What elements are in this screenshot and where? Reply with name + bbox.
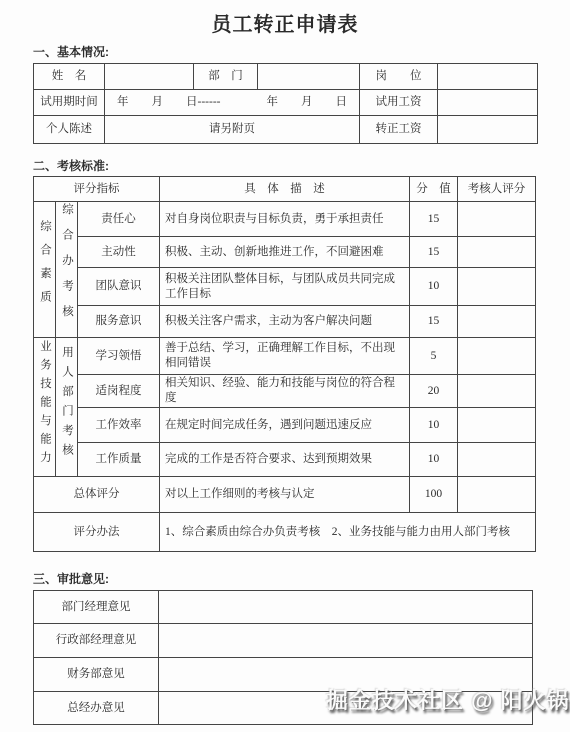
indicator-description: 积极关注客户需求，主动为客户解决问题: [160, 306, 410, 338]
indicator-label: 服务意识: [78, 306, 160, 338]
indicator-label: 适岗程度: [78, 375, 160, 408]
name-label: 姓 名: [34, 64, 105, 90]
header-indicator: 评分指标: [34, 177, 160, 202]
total-score-value: 100: [410, 477, 458, 513]
trial-salary-value-cell[interactable]: [438, 90, 538, 116]
table-row: 主动性 积极、主动、创新地推进工作，不回避困难 15: [34, 237, 536, 268]
basic-info-table: 姓 名 部 门 岗 位 试用期时间 年 月 日------ 年 月 日 试用工资…: [33, 63, 538, 144]
indicator-label: 责任心: [78, 202, 160, 237]
total-score-description: 对以上工作细则的考核与认定: [160, 477, 410, 513]
indicator-description: 对自身岗位职责与目标负责，勇于承担责任: [160, 202, 410, 237]
indicator-description: 善于总结、学习，正确理解工作目标，不出现相同错误: [160, 338, 410, 375]
name-value-cell[interactable]: [105, 64, 194, 90]
header-examiner-score: 考核人评分: [458, 177, 536, 202]
examiner-score-cell[interactable]: [458, 408, 536, 443]
table-row: 适岗程度 相关知识、经验、能力和技能与岗位的符合程度 20: [34, 375, 536, 408]
category-vertical-text: 综合素质: [37, 220, 52, 314]
indicator-description: 积极、主动、创新地推进工作，不回避困难: [160, 237, 410, 268]
trial-salary-label: 试用工资: [360, 90, 438, 116]
dept-manager-opinion-cell[interactable]: [159, 591, 533, 624]
examiner-score-cell[interactable]: [458, 443, 536, 477]
score-value: 5: [410, 338, 458, 375]
assessor-cell-admin-office: 综合办考核: [56, 202, 78, 338]
admin-dept-manager-opinion-label: 行政部经理意见: [34, 624, 159, 658]
score-value: 10: [410, 408, 458, 443]
scoring-method-description: 1、综合素质由综合办负责考核 2、业务技能与能力由用人部门考核: [160, 513, 536, 552]
indicator-description: 积极关注团队整体目标，与团队成员共同完成工作目标: [160, 268, 410, 306]
form-page: 员工转正申请表 一、基本情况: 姓 名 部 门 岗 位 试用期时间 年 月 日-…: [0, 0, 570, 732]
personal-statement-value: 请另附页: [105, 116, 360, 144]
examiner-score-cell[interactable]: [458, 268, 536, 306]
score-value: 10: [410, 268, 458, 306]
indicator-label: 工作质量: [78, 443, 160, 477]
table-header-row: 评分指标 具 体 描 述 分 值 考核人评分: [34, 177, 536, 202]
table-row: 工作质量 完成的工作是否符合要求、达到预期效果 10: [34, 443, 536, 477]
examiner-score-cell[interactable]: [458, 338, 536, 375]
probation-period-value[interactable]: 年 月 日------ 年 月 日: [105, 90, 360, 116]
indicator-description: 相关知识、经验、能力和技能与岗位的符合程度: [160, 375, 410, 408]
assessor-vertical-text: 用人部门考核: [59, 346, 74, 463]
regular-salary-value-cell[interactable]: [438, 116, 538, 144]
header-score: 分 值: [410, 177, 458, 202]
general-manager-office-opinion-label: 总经办意见: [34, 692, 159, 725]
table-row: 试用期时间 年 月 日------ 年 月 日 试用工资: [34, 90, 538, 116]
position-value-cell[interactable]: [438, 64, 538, 90]
personal-statement-label: 个人陈述: [34, 116, 105, 144]
position-label: 岗 位: [360, 64, 438, 90]
dept-manager-opinion-label: 部门经理意见: [34, 591, 159, 624]
department-value-cell[interactable]: [258, 64, 360, 90]
header-description: 具 体 描 述: [160, 177, 410, 202]
section-heading-approval: 三、审批意见:: [33, 573, 537, 586]
probation-period-label: 试用期时间: [34, 90, 105, 116]
table-row: 业务技能与能力 用人部门考核 学习领悟 善于总结、学习，正确理解工作目标，不出现…: [34, 338, 536, 375]
admin-dept-manager-opinion-cell[interactable]: [159, 624, 533, 658]
scoring-method-row: 评分办法 1、综合素质由综合办负责考核 2、业务技能与能力由用人部门考核: [34, 513, 536, 552]
category-cell-business-skill: 业务技能与能力: [34, 338, 56, 477]
indicator-label: 工作效率: [78, 408, 160, 443]
total-score-row: 总体评分 对以上工作细则的考核与认定 100: [34, 477, 536, 513]
scoring-method-label: 评分办法: [34, 513, 160, 552]
score-value: 15: [410, 202, 458, 237]
examiner-score-cell[interactable]: [458, 375, 536, 408]
regular-salary-label: 转正工资: [360, 116, 438, 144]
assessor-cell-employing-dept: 用人部门考核: [56, 338, 78, 477]
table-row: 综合素质 综合办考核 责任心 对自身岗位职责与目标负责，勇于承担责任 15: [34, 202, 536, 237]
indicator-description: 完成的工作是否符合要求、达到预期效果: [160, 443, 410, 477]
category-cell-general-quality: 综合素质: [34, 202, 56, 338]
score-value: 15: [410, 237, 458, 268]
examiner-score-cell[interactable]: [458, 202, 536, 237]
department-label: 部 门: [194, 64, 258, 90]
page-title: 员工转正申请表: [33, 13, 537, 37]
indicator-label: 团队意识: [78, 268, 160, 306]
section-heading-basic: 一、基本情况:: [33, 46, 537, 59]
examiner-score-cell[interactable]: [458, 237, 536, 268]
category-vertical-text: 业务技能与能力: [37, 340, 52, 470]
score-value: 15: [410, 306, 458, 338]
indicator-description: 在规定时间完成任务，遇到问题迅速反应: [160, 408, 410, 443]
table-row: 行政部经理意见: [34, 624, 533, 658]
table-row: 部门经理意见: [34, 591, 533, 624]
examiner-score-cell[interactable]: [458, 306, 536, 338]
score-value: 10: [410, 443, 458, 477]
indicator-label: 主动性: [78, 237, 160, 268]
score-value: 20: [410, 375, 458, 408]
finance-dept-opinion-label: 财务部意见: [34, 658, 159, 692]
total-score-label: 总体评分: [34, 477, 160, 513]
assessor-vertical-text: 综合办考核: [59, 203, 74, 331]
table-row: 个人陈述 请另附页 转正工资: [34, 116, 538, 144]
table-row: 姓 名 部 门 岗 位: [34, 64, 538, 90]
examiner-score-cell[interactable]: [458, 477, 536, 513]
table-row: 团队意识 积极关注团队整体目标，与团队成员共同完成工作目标 10: [34, 268, 536, 306]
table-row: 工作效率 在规定时间完成任务，遇到问题迅速反应 10: [34, 408, 536, 443]
table-row: 服务意识 积极关注客户需求，主动为客户解决问题 15: [34, 306, 536, 338]
watermark-text: 掘金技术社区 @ 阳火锅: [326, 684, 570, 715]
indicator-label: 学习领悟: [78, 338, 160, 375]
section-heading-assessment: 二、考核标准:: [33, 160, 537, 173]
assessment-table: 评分指标 具 体 描 述 分 值 考核人评分 综合素质 综合办考核 责任心 对自…: [33, 176, 536, 552]
